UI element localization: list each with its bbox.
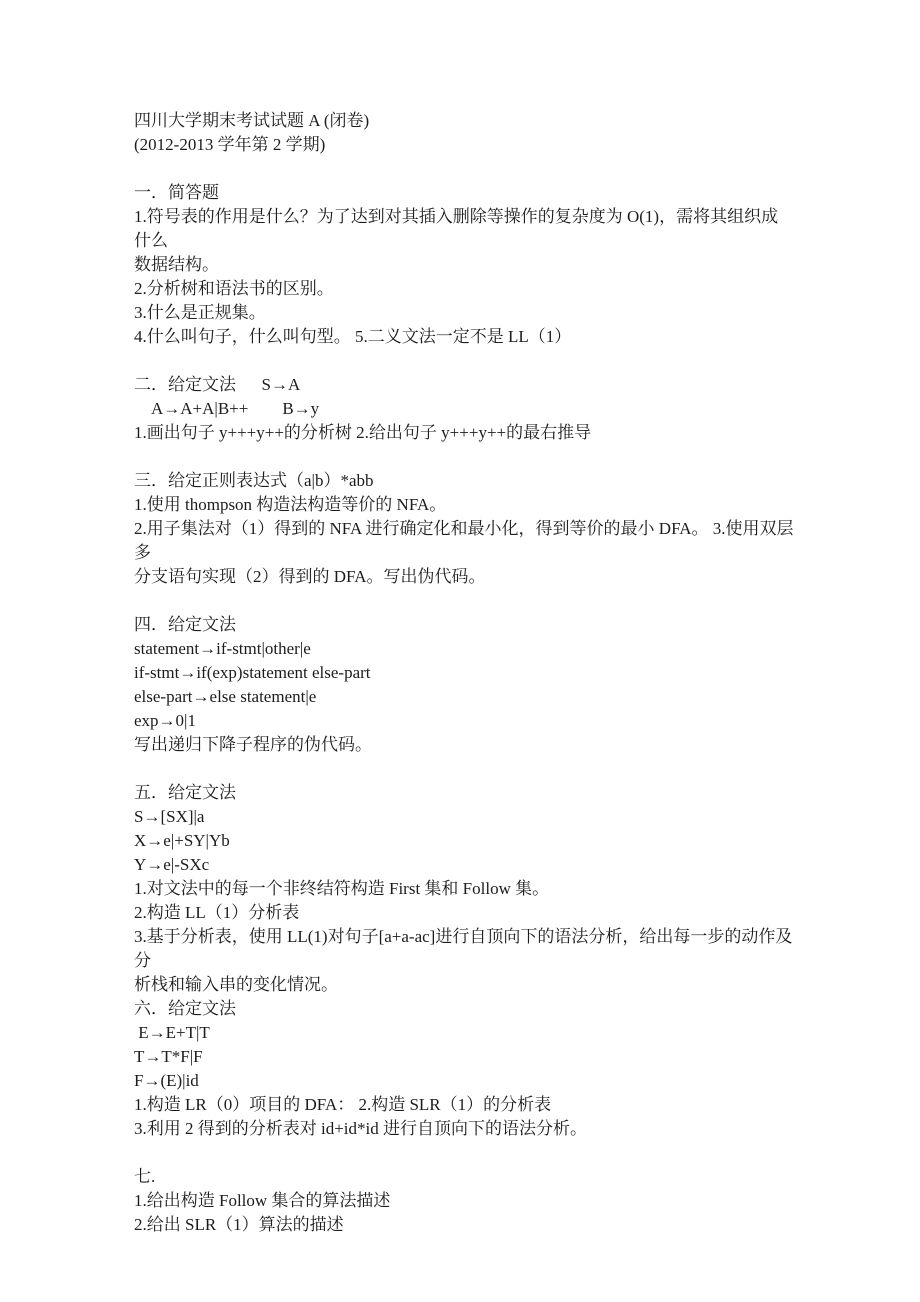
doc-line: 2.给出 SLR（1）算法的描述	[134, 1213, 794, 1237]
doc-line: S→[SX]|a	[134, 805, 794, 829]
document-title: 四川大学期末考试试题 A (闭卷)	[134, 109, 794, 133]
doc-line: 1.给出构造 Follow 集合的算法描述	[134, 1189, 794, 1213]
doc-line: E→E+T|T	[134, 1021, 794, 1045]
doc-line: 1.使用 thompson 构造法构造等价的 NFA。	[134, 493, 794, 517]
section-3-regex: 三．给定正则表达式（a|b）*abb 1.使用 thompson 构造法构造等价…	[134, 469, 794, 589]
doc-line: A→A+A|B++ B→y	[134, 397, 794, 421]
doc-line: 数据结构。	[134, 253, 794, 277]
doc-line: exp→0|1	[134, 709, 794, 733]
doc-line: T→T*F|F	[134, 1045, 794, 1069]
section-heading: 七.	[134, 1165, 794, 1189]
doc-line: 写出递归下降子程序的伪代码。	[134, 733, 794, 757]
doc-line: 分支语句实现（2）得到的 DFA。写出伪代码。	[134, 565, 794, 589]
doc-line: 1.对文法中的每一个非终结符构造 First 集和 Follow 集。	[134, 877, 794, 901]
doc-line: 4.什么叫句子，什么叫句型。 5.二义文法一定不是 LL（1）	[134, 325, 794, 349]
doc-line: Y→e|-SXc	[134, 853, 794, 877]
doc-line: 1.符号表的作用是什么？为了达到对其插入删除等操作的复杂度为 O(1)，需将其组…	[134, 205, 794, 253]
doc-line: 3.利用 2 得到的分析表对 id+id*id 进行自顶向下的语法分析。	[134, 1117, 794, 1141]
section-2-grammar: 二．给定文法 S→A A→A+A|B++ B→y 1.画出句子 y+++y++的…	[134, 373, 794, 445]
section-heading: 一．简答题	[134, 181, 794, 205]
section-heading: 四．给定文法	[134, 613, 794, 637]
section-heading: 二．给定文法 S→A	[134, 373, 794, 397]
document-header: 四川大学期末考试试题 A (闭卷) (2012-2013 学年第 2 学期)	[134, 109, 794, 157]
doc-line: 析栈和输入串的变化情况。	[134, 973, 794, 997]
doc-line: 3.什么是正规集。	[134, 301, 794, 325]
doc-line: 3.基于分析表，使用 LL(1)对句子[a+a-ac]进行自顶向下的语法分析，给…	[134, 925, 794, 973]
section-7-algorithms: 七. 1.给出构造 Follow 集合的算法描述 2.给出 SLR（1）算法的描…	[134, 1165, 794, 1237]
section-heading: 三．给定正则表达式（a|b）*abb	[134, 469, 794, 493]
doc-line: 2.用子集法对（1）得到的 NFA 进行确定化和最小化，得到等价的最小 DFA。…	[134, 517, 794, 565]
doc-line: 2.分析树和语法书的区别。	[134, 277, 794, 301]
section-1-short-answers: 一．简答题 1.符号表的作用是什么？为了达到对其插入删除等操作的复杂度为 O(1…	[134, 181, 794, 349]
doc-line: 2.构造 LL（1）分析表	[134, 901, 794, 925]
doc-line: else-part→else statement|e	[134, 685, 794, 709]
section-4-grammar: 四．给定文法 statement→if-stmt|other|e if-stmt…	[134, 613, 794, 757]
doc-line: statement→if-stmt|other|e	[134, 637, 794, 661]
section-heading: 五．给定文法	[134, 781, 794, 805]
document-semester: (2012-2013 学年第 2 学期)	[134, 133, 794, 157]
section-heading: 六．给定文法	[134, 997, 794, 1021]
doc-line: 1.画出句子 y+++y++的分析树 2.给出句子 y+++y++的最右推导	[134, 421, 794, 445]
section-5-grammar: 五．给定文法 S→[SX]|a X→e|+SY|Yb Y→e|-SXc 1.对文…	[134, 781, 794, 997]
document-page: 四川大学期末考试试题 A (闭卷) (2012-2013 学年第 2 学期) 一…	[134, 109, 794, 1237]
doc-line: X→e|+SY|Yb	[134, 829, 794, 853]
doc-line: if-stmt→if(exp)statement else-part	[134, 661, 794, 685]
doc-line: 1.构造 LR（0）项目的 DFA： 2.构造 SLR（1）的分析表	[134, 1093, 794, 1117]
section-6-grammar: 六．给定文法 E→E+T|T T→T*F|F F→(E)|id 1.构造 LR（…	[134, 997, 794, 1141]
doc-line: F→(E)|id	[134, 1069, 794, 1093]
